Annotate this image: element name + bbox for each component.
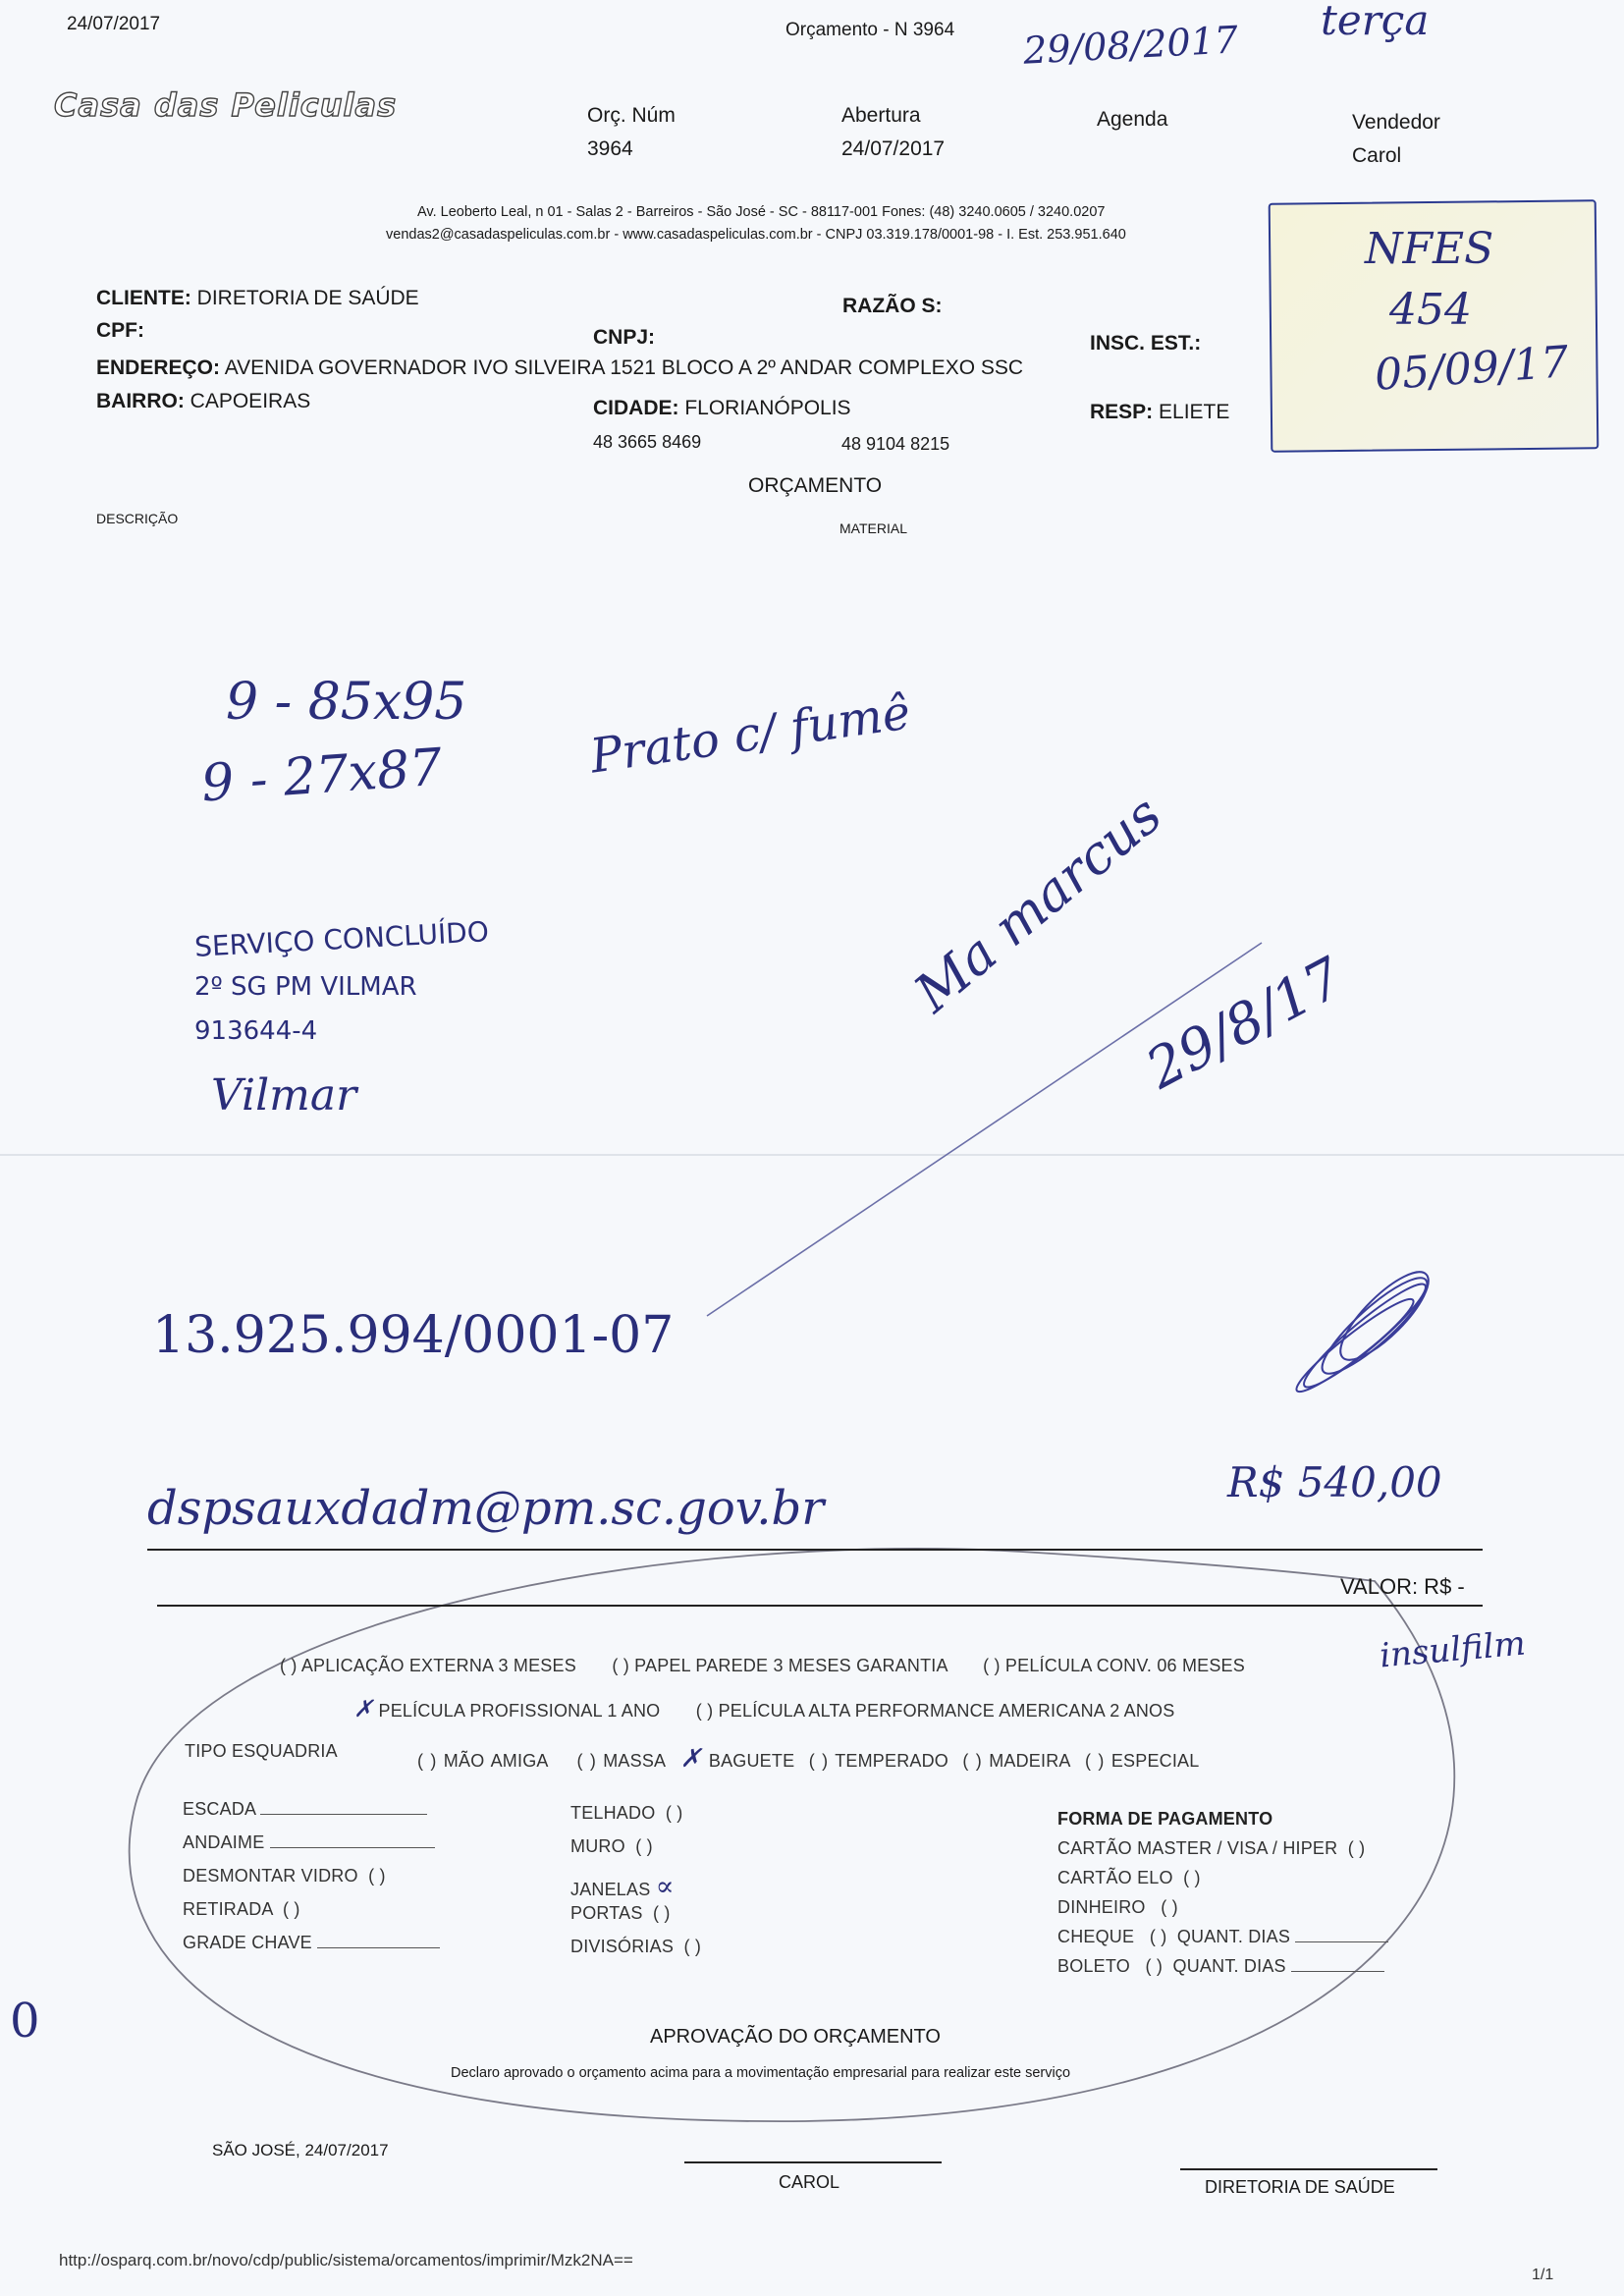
divisorias-field: DIVISÓRIAS ( ): [570, 1937, 701, 1957]
andaime-input[interactable]: [270, 1847, 435, 1848]
checkbox-muro[interactable]: ( ): [635, 1836, 653, 1856]
andaime-field: ANDAIME: [183, 1832, 435, 1853]
handwritten-cnpj: 13.925.994/0001-07: [152, 1306, 674, 1365]
signature-client: DIRETORIA DE SAÚDE: [1205, 2177, 1395, 2198]
payment-cartao-master: CARTÃO MASTER / VISA / HIPER ( ): [1057, 1838, 1365, 1859]
checkbox-pelicula-profissional-checked[interactable]: ✗: [353, 1695, 373, 1722]
signature-line-carol: [684, 2161, 942, 2163]
handwritten-margin-mark: 0: [10, 1994, 40, 2049]
checkbox-temperado[interactable]: ( ): [809, 1751, 829, 1771]
checkbox-massa[interactable]: ( ): [576, 1751, 596, 1771]
esquadria-label: TIPO ESQUADRIA: [185, 1741, 338, 1762]
grade-chave-input[interactable]: [317, 1947, 440, 1948]
checkbox-pelicula-alta-performance[interactable]: ( ): [696, 1701, 714, 1721]
escada-input[interactable]: [260, 1814, 427, 1815]
place-date: SÃO JOSÉ, 24/07/2017: [212, 2141, 389, 2160]
telhado-field: TELHADO ( ): [570, 1803, 682, 1824]
valor-label: VALOR: R$ -: [1340, 1574, 1465, 1600]
checkbox-dinheiro[interactable]: ( ): [1161, 1897, 1178, 1917]
checkbox-portas[interactable]: ( ): [653, 1903, 671, 1923]
product-options-row-1: ( ) APLICAÇÃO EXTERNA 3 MESES ( ) PAPEL …: [280, 1656, 1245, 1676]
grade-chave-field: GRADE CHAVE: [183, 1933, 440, 1953]
escada-field: ESCADA: [183, 1799, 427, 1820]
checkbox-telhado[interactable]: ( ): [666, 1803, 683, 1823]
divider: [157, 1605, 1483, 1607]
footer-url[interactable]: http://osparq.com.br/novo/cdp/public/sis…: [59, 2251, 633, 2270]
checkbox-baguete-checked[interactable]: ✗: [680, 1744, 702, 1774]
page-number: 1/1: [1532, 2267, 1553, 2284]
handwritten-amount: R$ 540,00: [1227, 1458, 1442, 1506]
checkbox-madeira[interactable]: ( ): [962, 1751, 982, 1771]
janelas-field: JANELAS ∝: [570, 1870, 675, 1902]
payment-cartao-elo: CARTÃO ELO ( ): [1057, 1868, 1201, 1888]
desmontar-vidro-field: DESMONTAR VIDRO ( ): [183, 1866, 386, 1886]
payment-boleto: BOLETO ( ) QUANT. DIAS: [1057, 1956, 1384, 1977]
checkbox-janelas-checked[interactable]: ∝: [656, 1870, 675, 1902]
checkbox-boleto[interactable]: ( ): [1146, 1956, 1164, 1976]
checkbox-especial[interactable]: ( ): [1085, 1751, 1105, 1771]
approval-text: Declaro aprovado o orçamento acima para …: [451, 2065, 1070, 2081]
checkbox-mao-amiga[interactable]: ( ): [417, 1751, 437, 1771]
product-options-row-2: ✗ PELÍCULA PROFISSIONAL 1 ANO ( ) PELÍCU…: [353, 1695, 1174, 1722]
checkbox-pelicula-conv[interactable]: ( ): [983, 1656, 1001, 1675]
signature-carol: CAROL: [779, 2172, 839, 2193]
portas-field: PORTAS ( ): [570, 1903, 671, 1924]
checkbox-aplicacao-externa[interactable]: ( ): [280, 1656, 298, 1675]
payment-dinheiro: DINHEIRO ( ): [1057, 1897, 1178, 1918]
checkbox-cartao-elo[interactable]: ( ): [1183, 1868, 1201, 1887]
approval-title: APROVAÇÃO DO ORÇAMENTO: [650, 2026, 941, 2049]
checkbox-divisorias[interactable]: ( ): [683, 1937, 701, 1956]
boleto-dias-input[interactable]: [1291, 1971, 1384, 1972]
cheque-dias-input[interactable]: [1295, 1941, 1388, 1942]
payment-title: FORMA DE PAGAMENTO: [1057, 1809, 1272, 1830]
divider: [147, 1549, 1483, 1551]
muro-field: MURO ( ): [570, 1836, 653, 1857]
esquadria-options: ( ) MÃO AMIGA ( ) MASSA ✗ BAGUETE ( ) TE…: [417, 1744, 1199, 1774]
checkbox-papel-parede[interactable]: ( ): [612, 1656, 629, 1675]
signature-line-client: [1180, 2168, 1437, 2170]
payment-cheque: CHEQUE ( ) QUANT. DIAS: [1057, 1927, 1388, 1947]
checkbox-desmontar-vidro[interactable]: ( ): [368, 1866, 386, 1886]
checkbox-cheque[interactable]: ( ): [1150, 1927, 1167, 1946]
checkbox-retirada[interactable]: ( ): [283, 1899, 300, 1919]
handwritten-email: dspsauxdadm@pm.sc.gov.br: [147, 1481, 824, 1536]
checkbox-cartao-master[interactable]: ( ): [1348, 1838, 1366, 1858]
retirada-field: RETIRADA ( ): [183, 1899, 300, 1920]
